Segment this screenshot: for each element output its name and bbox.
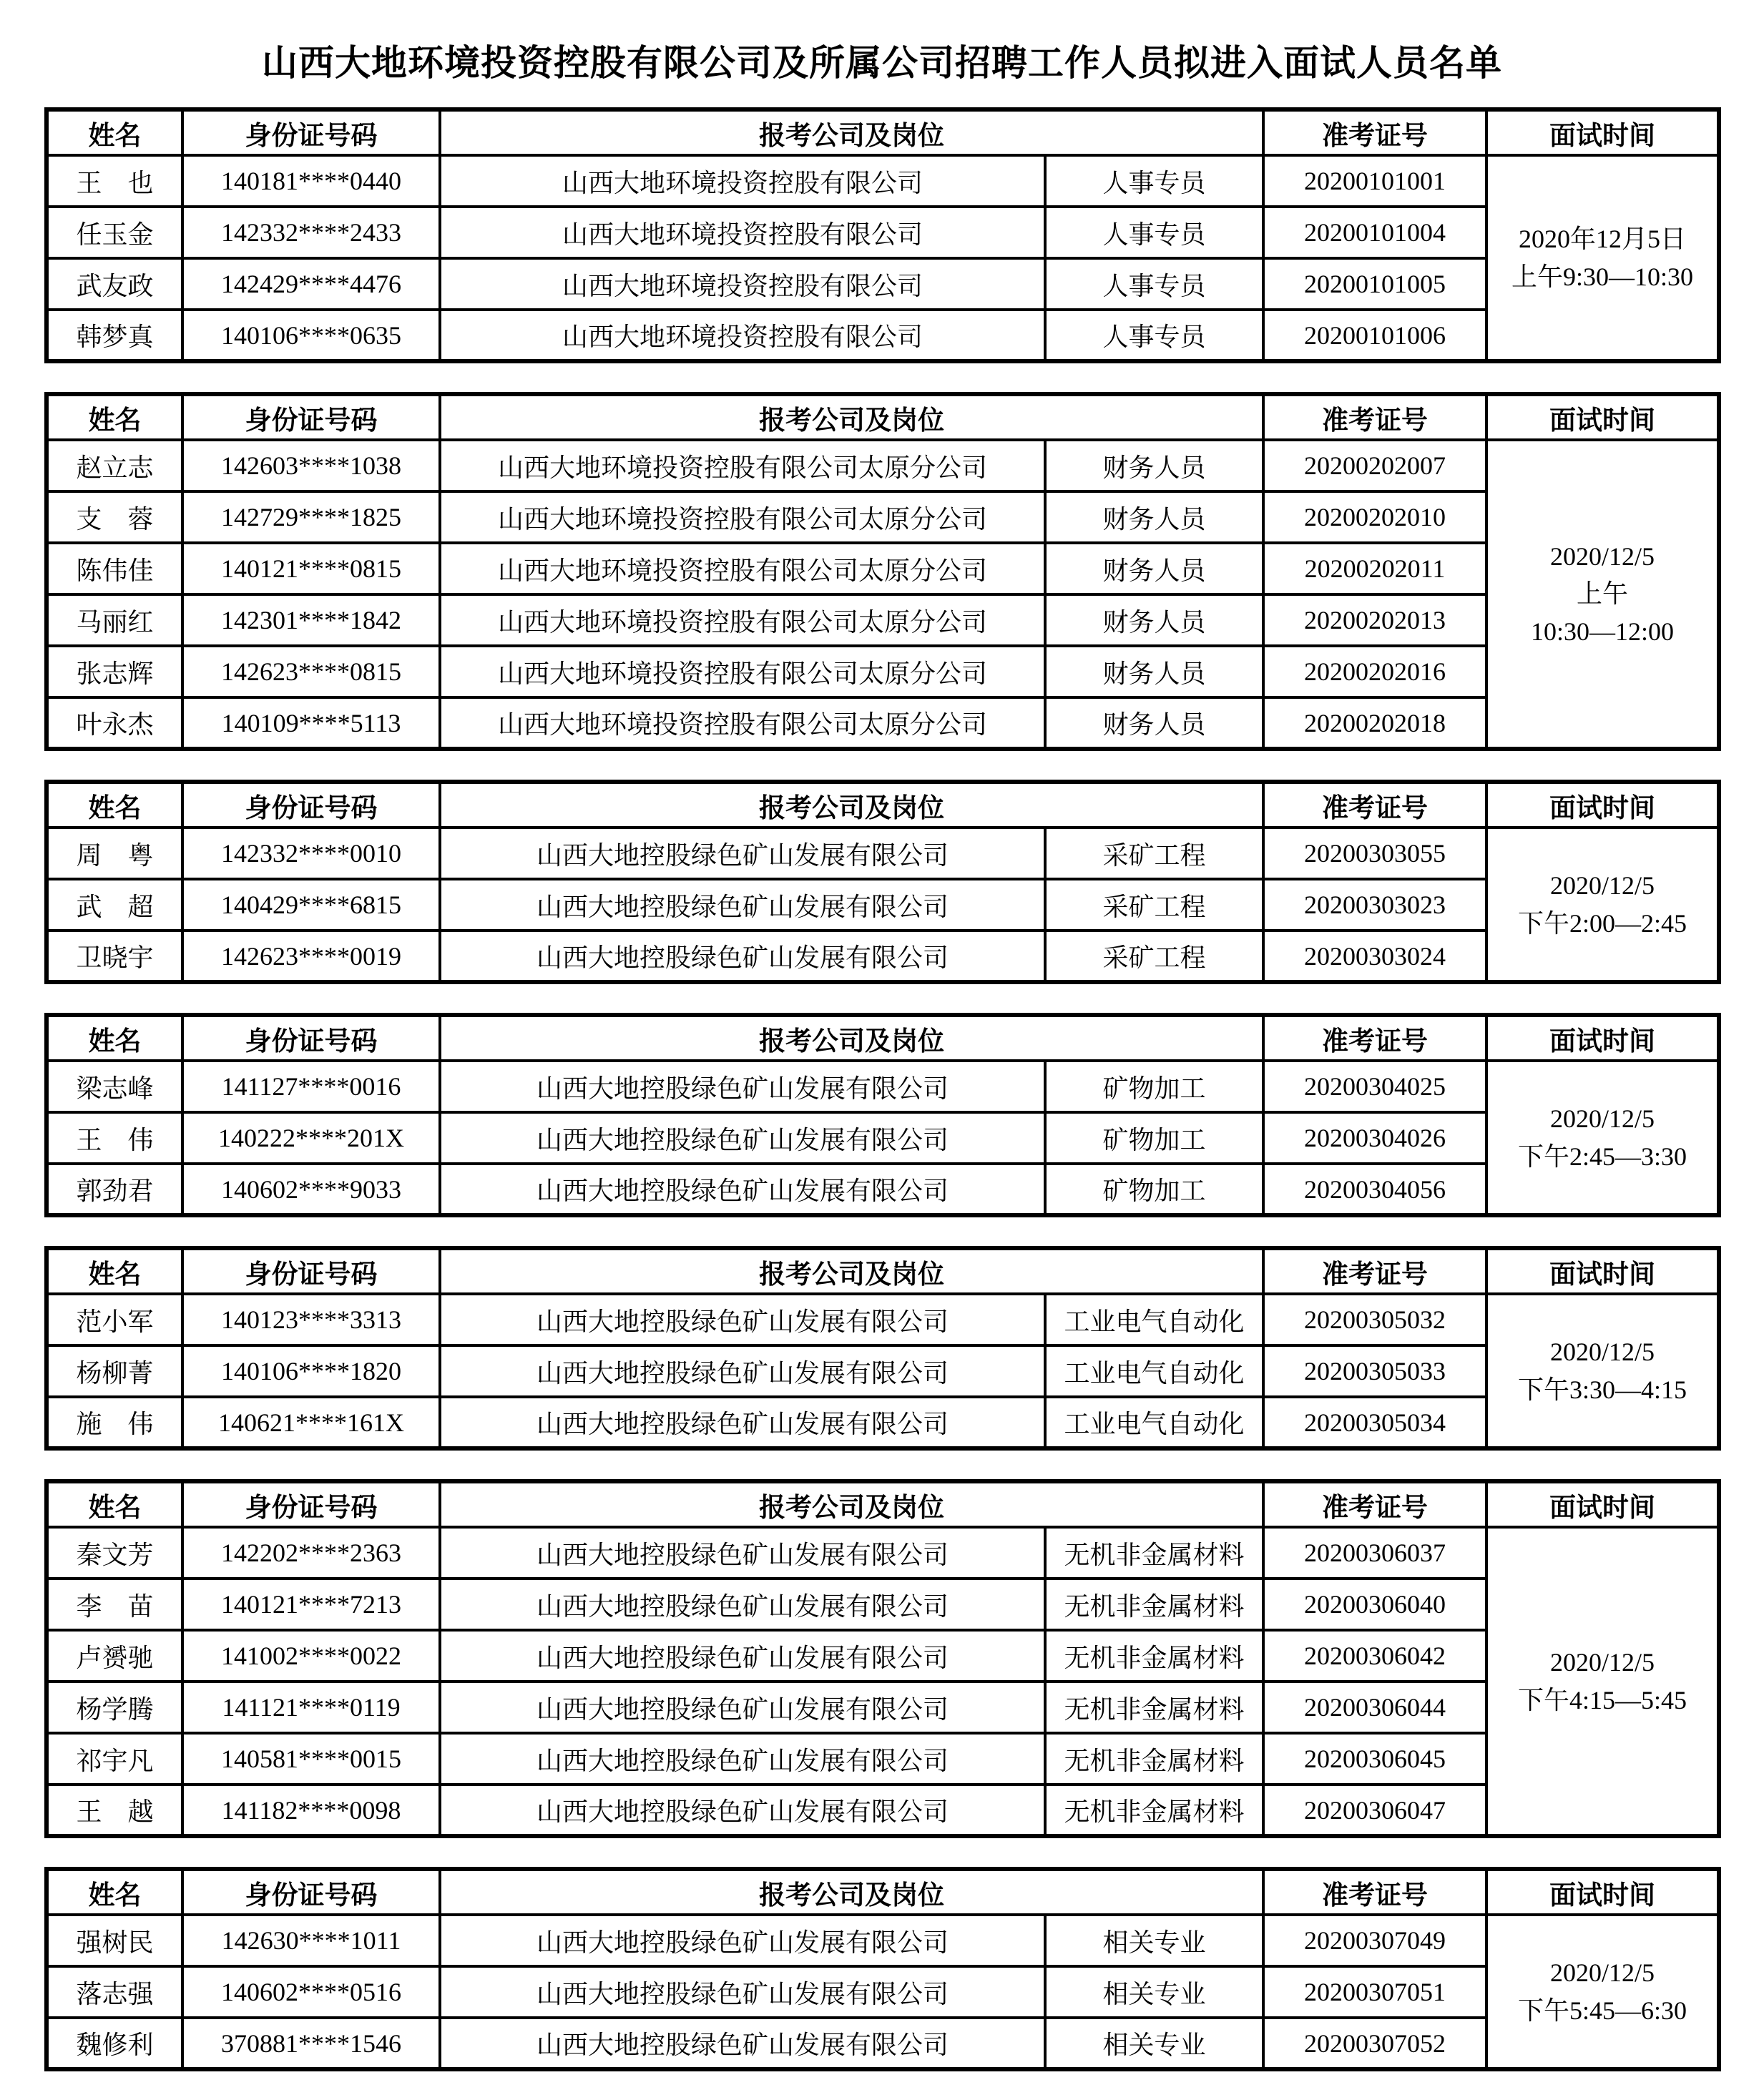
column-header-name: 姓名 [46,394,182,440]
company-cell: 山西大地控股绿色矿山发展有限公司 [440,1966,1045,2018]
id-number-cell: 140222****201X [182,1112,440,1164]
company-cell: 山西大地控股绿色矿山发展有限公司 [440,1527,1045,1579]
name-cell: 梁志峰 [46,1061,182,1112]
name-cell: 强树民 [46,1915,182,1966]
ticket-number-cell: 20200304026 [1263,1112,1486,1164]
company-cell: 山西大地控股绿色矿山发展有限公司 [440,1630,1045,1682]
position-cell: 财务人员 [1045,491,1263,543]
position-cell: 无机非金属材料 [1045,1579,1263,1630]
document-page: 山西大地环境投资控股有限公司及所属公司招聘工作人员拟进入面试人员名单 姓名 身份… [0,0,1764,2071]
company-cell: 山西大地环境投资控股有限公司 [440,310,1045,361]
ticket-number-cell: 20200307049 [1263,1915,1486,1966]
position-cell: 人事专员 [1045,258,1263,310]
table-row: 张志辉142623****0815山西大地环境投资控股有限公司太原分公司财务人员… [46,646,1719,697]
ticket-number-cell: 20200202011 [1263,543,1486,594]
table-row: 王 也140181****0440山西大地环境投资控股有限公司人事专员20200… [46,155,1719,207]
name-cell: 郭劲君 [46,1164,182,1215]
tables-container: 姓名 身份证号码 报考公司及岗位 准考证号 面试时间 王 也140181****… [44,107,1717,2071]
name-cell: 武友政 [46,258,182,310]
company-cell: 山西大地环境投资控股有限公司太原分公司 [440,594,1045,646]
ticket-number-cell: 20200101001 [1263,155,1486,207]
position-cell: 相关专业 [1045,2018,1263,2069]
company-cell: 山西大地控股绿色矿山发展有限公司 [440,1164,1045,1215]
name-cell: 李 苗 [46,1579,182,1630]
ticket-number-cell: 20200306044 [1263,1682,1486,1733]
id-number-cell: 141121****0119 [182,1682,440,1733]
name-cell: 韩梦真 [46,310,182,361]
company-cell: 山西大地控股绿色矿山发展有限公司 [440,1397,1045,1448]
company-cell: 山西大地控股绿色矿山发展有限公司 [440,879,1045,931]
table-row: 落志强140602****0516山西大地控股绿色矿山发展有限公司相关专业202… [46,1966,1719,2018]
column-header-interview-time: 面试时间 [1486,109,1719,155]
id-number-cell: 142630****1011 [182,1915,440,1966]
column-header-company-position: 报考公司及岗位 [440,109,1263,155]
ticket-number-cell: 20200306040 [1263,1579,1486,1630]
column-header-name: 姓名 [46,1481,182,1527]
company-cell: 山西大地环境投资控股有限公司太原分公司 [440,440,1045,491]
table-row: 武友政142429****4476山西大地环境投资控股有限公司人事专员20200… [46,258,1719,310]
ticket-number-cell: 20200101005 [1263,258,1486,310]
company-cell: 山西大地控股绿色矿山发展有限公司 [440,1294,1045,1345]
interview-time-cell: 2020/12/5 下午2:00—2:45 [1486,828,1719,982]
ticket-number-cell: 20200202010 [1263,491,1486,543]
table-row: 杨柳菁140106****1820山西大地控股绿色矿山发展有限公司工业电气自动化… [46,1345,1719,1397]
company-cell: 山西大地控股绿色矿山发展有限公司 [440,1061,1045,1112]
company-cell: 山西大地环境投资控股有限公司太原分公司 [440,543,1045,594]
id-number-cell: 142332****2433 [182,207,440,258]
position-cell: 无机非金属材料 [1045,1733,1263,1785]
company-cell: 山西大地控股绿色矿山发展有限公司 [440,1785,1045,1836]
company-cell: 山西大地环境投资控股有限公司太原分公司 [440,697,1045,749]
ticket-number-cell: 20200307051 [1263,1966,1486,2018]
name-cell: 武 超 [46,879,182,931]
name-cell: 王 越 [46,1785,182,1836]
table-row: 杨学腾141121****0119山西大地控股绿色矿山发展有限公司无机非金属材料… [46,1682,1719,1733]
column-header-company-position: 报考公司及岗位 [440,1015,1263,1061]
header-row: 姓名 身份证号码 报考公司及岗位 准考证号 面试时间 [46,1015,1719,1061]
position-cell: 财务人员 [1045,543,1263,594]
id-number-cell: 140106****1820 [182,1345,440,1397]
table-row: 卢赟驰141002****0022山西大地控股绿色矿山发展有限公司无机非金属材料… [46,1630,1719,1682]
ticket-number-cell: 20200304056 [1263,1164,1486,1215]
column-header-ticket-number: 准考证号 [1263,1481,1486,1527]
id-number-cell: 140602****9033 [182,1164,440,1215]
position-cell: 人事专员 [1045,155,1263,207]
name-cell: 叶永杰 [46,697,182,749]
name-cell: 杨柳菁 [46,1345,182,1397]
position-cell: 采矿工程 [1045,879,1263,931]
header-row: 姓名 身份证号码 报考公司及岗位 准考证号 面试时间 [46,1248,1719,1294]
table-row: 魏修利370881****1546山西大地控股绿色矿山发展有限公司相关专业202… [46,2018,1719,2069]
interview-time-cell: 2020/12/5 下午5:45—6:30 [1486,1915,1719,2069]
name-cell: 杨学腾 [46,1682,182,1733]
id-number-cell: 140123****3313 [182,1294,440,1345]
table-row: 王 越141182****0098山西大地控股绿色矿山发展有限公司无机非金属材料… [46,1785,1719,1836]
header-row: 姓名 身份证号码 报考公司及岗位 准考证号 面试时间 [46,109,1719,155]
id-number-cell: 140121****0815 [182,543,440,594]
id-number-cell: 142332****0010 [182,828,440,879]
table-row: 卫晓宇142623****0019山西大地控股绿色矿山发展有限公司采矿工程202… [46,931,1719,982]
table-row: 支 蓉142729****1825山西大地环境投资控股有限公司太原分公司财务人员… [46,491,1719,543]
id-number-cell: 140621****161X [182,1397,440,1448]
column-header-interview-time: 面试时间 [1486,1869,1719,1915]
interview-time-cell: 2020/12/5 下午2:45—3:30 [1486,1061,1719,1215]
id-number-cell: 370881****1546 [182,2018,440,2069]
column-header-interview-time: 面试时间 [1486,1248,1719,1294]
position-cell: 财务人员 [1045,440,1263,491]
table-row: 马丽红142301****1842山西大地环境投资控股有限公司太原分公司财务人员… [46,594,1719,646]
header-row: 姓名 身份证号码 报考公司及岗位 准考证号 面试时间 [46,394,1719,440]
table-row: 祁宇凡140581****0015山西大地控股绿色矿山发展有限公司无机非金属材料… [46,1733,1719,1785]
column-header-ticket-number: 准考证号 [1263,1869,1486,1915]
company-cell: 山西大地环境投资控股有限公司 [440,258,1045,310]
id-number-cell: 141182****0098 [182,1785,440,1836]
column-header-id-number: 身份证号码 [182,782,440,828]
company-cell: 山西大地环境投资控股有限公司 [440,155,1045,207]
column-header-interview-time: 面试时间 [1486,782,1719,828]
table-row: 王 伟140222****201X山西大地控股绿色矿山发展有限公司矿物加工202… [46,1112,1719,1164]
company-cell: 山西大地控股绿色矿山发展有限公司 [440,828,1045,879]
roster-table: 姓名 身份证号码 报考公司及岗位 准考证号 面试时间 王 也140181****… [44,107,1721,363]
company-cell: 山西大地控股绿色矿山发展有限公司 [440,931,1045,982]
column-header-id-number: 身份证号码 [182,109,440,155]
position-cell: 相关专业 [1045,1966,1263,2018]
name-cell: 赵立志 [46,440,182,491]
roster-table: 姓名 身份证号码 报考公司及岗位 准考证号 面试时间 强树民142630****… [44,1867,1721,2071]
position-cell: 矿物加工 [1045,1164,1263,1215]
name-cell: 马丽红 [46,594,182,646]
column-header-id-number: 身份证号码 [182,1481,440,1527]
column-header-name: 姓名 [46,109,182,155]
table-row: 韩梦真140106****0635山西大地环境投资控股有限公司人事专员20200… [46,310,1719,361]
name-cell: 陈伟佳 [46,543,182,594]
company-cell: 山西大地控股绿色矿山发展有限公司 [440,1112,1045,1164]
table-row: 秦文芳142202****2363山西大地控股绿色矿山发展有限公司无机非金属材料… [46,1527,1719,1579]
column-header-ticket-number: 准考证号 [1263,782,1486,828]
id-number-cell: 142603****1038 [182,440,440,491]
ticket-number-cell: 20200306042 [1263,1630,1486,1682]
id-number-cell: 140109****5113 [182,697,440,749]
id-number-cell: 140602****0516 [182,1966,440,2018]
id-number-cell: 140121****7213 [182,1579,440,1630]
position-cell: 矿物加工 [1045,1112,1263,1164]
position-cell: 工业电气自动化 [1045,1294,1263,1345]
column-header-company-position: 报考公司及岗位 [440,394,1263,440]
name-cell: 支 蓉 [46,491,182,543]
column-header-name: 姓名 [46,1015,182,1061]
name-cell: 祁宇凡 [46,1733,182,1785]
column-header-company-position: 报考公司及岗位 [440,1248,1263,1294]
column-header-ticket-number: 准考证号 [1263,394,1486,440]
ticket-number-cell: 20200303023 [1263,879,1486,931]
id-number-cell: 142301****1842 [182,594,440,646]
column-header-name: 姓名 [46,1869,182,1915]
position-cell: 采矿工程 [1045,828,1263,879]
ticket-number-cell: 20200306047 [1263,1785,1486,1836]
name-cell: 秦文芳 [46,1527,182,1579]
name-cell: 王 伟 [46,1112,182,1164]
position-cell: 财务人员 [1045,646,1263,697]
name-cell: 魏修利 [46,2018,182,2069]
ticket-number-cell: 20200307052 [1263,2018,1486,2069]
position-cell: 工业电气自动化 [1045,1345,1263,1397]
ticket-number-cell: 20200306045 [1263,1733,1486,1785]
name-cell: 卫晓宇 [46,931,182,982]
column-header-id-number: 身份证号码 [182,1869,440,1915]
column-header-interview-time: 面试时间 [1486,394,1719,440]
column-header-name: 姓名 [46,782,182,828]
position-cell: 矿物加工 [1045,1061,1263,1112]
company-cell: 山西大地控股绿色矿山发展有限公司 [440,1733,1045,1785]
id-number-cell: 140581****0015 [182,1733,440,1785]
position-cell: 无机非金属材料 [1045,1682,1263,1733]
id-number-cell: 140106****0635 [182,310,440,361]
table-row: 周 粤142332****0010山西大地控股绿色矿山发展有限公司采矿工程202… [46,828,1719,879]
position-cell: 无机非金属材料 [1045,1785,1263,1836]
ticket-number-cell: 20200304025 [1263,1061,1486,1112]
page-title: 山西大地环境投资控股有限公司及所属公司招聘工作人员拟进入面试人员名单 [0,34,1764,86]
position-cell: 无机非金属材料 [1045,1630,1263,1682]
id-number-cell: 142202****2363 [182,1527,440,1579]
column-header-id-number: 身份证号码 [182,1015,440,1061]
table-row: 任玉金142332****2433山西大地环境投资控股有限公司人事专员20200… [46,207,1719,258]
position-cell: 采矿工程 [1045,931,1263,982]
column-header-name: 姓名 [46,1248,182,1294]
name-cell: 范小军 [46,1294,182,1345]
name-cell: 任玉金 [46,207,182,258]
company-cell: 山西大地环境投资控股有限公司 [440,207,1045,258]
table-row: 范小军140123****3313山西大地控股绿色矿山发展有限公司工业电气自动化… [46,1294,1719,1345]
position-cell: 相关专业 [1045,1915,1263,1966]
id-number-cell: 140181****0440 [182,155,440,207]
column-header-company-position: 报考公司及岗位 [440,1869,1263,1915]
ticket-number-cell: 20200305032 [1263,1294,1486,1345]
column-header-ticket-number: 准考证号 [1263,109,1486,155]
roster-table: 姓名 身份证号码 报考公司及岗位 准考证号 面试时间 范小军140123****… [44,1246,1721,1451]
interview-time-cell: 2020/12/5 下午3:30—4:15 [1486,1294,1719,1448]
name-cell: 张志辉 [46,646,182,697]
ticket-number-cell: 20200305034 [1263,1397,1486,1448]
roster-table: 姓名 身份证号码 报考公司及岗位 准考证号 面试时间 周 粤142332****… [44,780,1721,984]
ticket-number-cell: 20200303055 [1263,828,1486,879]
ticket-number-cell: 20200202007 [1263,440,1486,491]
table-row: 陈伟佳140121****0815山西大地环境投资控股有限公司太原分公司财务人员… [46,543,1719,594]
company-cell: 山西大地控股绿色矿山发展有限公司 [440,2018,1045,2069]
table-row: 郭劲君140602****9033山西大地控股绿色矿山发展有限公司矿物加工202… [46,1164,1719,1215]
header-row: 姓名 身份证号码 报考公司及岗位 准考证号 面试时间 [46,1869,1719,1915]
ticket-number-cell: 20200303024 [1263,931,1486,982]
name-cell: 卢赟驰 [46,1630,182,1682]
header-row: 姓名 身份证号码 报考公司及岗位 准考证号 面试时间 [46,782,1719,828]
name-cell: 王 也 [46,155,182,207]
roster-table: 姓名 身份证号码 报考公司及岗位 准考证号 面试时间 赵立志142603****… [44,392,1721,751]
table-row: 叶永杰140109****5113山西大地环境投资控股有限公司太原分公司财务人员… [46,697,1719,749]
company-cell: 山西大地环境投资控股有限公司太原分公司 [440,646,1045,697]
id-number-cell: 142429****4476 [182,258,440,310]
table-row: 强树民142630****1011山西大地控股绿色矿山发展有限公司相关专业202… [46,1915,1719,1966]
column-header-interview-time: 面试时间 [1486,1015,1719,1061]
column-header-ticket-number: 准考证号 [1263,1248,1486,1294]
table-row: 武 超140429****6815山西大地控股绿色矿山发展有限公司采矿工程202… [46,879,1719,931]
ticket-number-cell: 20200101004 [1263,207,1486,258]
position-cell: 无机非金属材料 [1045,1527,1263,1579]
position-cell: 人事专员 [1045,207,1263,258]
name-cell: 落志强 [46,1966,182,2018]
id-number-cell: 142623****0815 [182,646,440,697]
id-number-cell: 141002****0022 [182,1630,440,1682]
ticket-number-cell: 20200305033 [1263,1345,1486,1397]
company-cell: 山西大地环境投资控股有限公司太原分公司 [440,491,1045,543]
position-cell: 人事专员 [1045,310,1263,361]
table-row: 梁志峰141127****0016山西大地控股绿色矿山发展有限公司矿物加工202… [46,1061,1719,1112]
company-cell: 山西大地控股绿色矿山发展有限公司 [440,1682,1045,1733]
roster-table: 姓名 身份证号码 报考公司及岗位 准考证号 面试时间 秦文芳142202****… [44,1479,1721,1838]
roster-table: 姓名 身份证号码 报考公司及岗位 准考证号 面试时间 梁志峰141127****… [44,1013,1721,1217]
table-row: 李 苗140121****7213山西大地控股绿色矿山发展有限公司无机非金属材料… [46,1579,1719,1630]
id-number-cell: 142623****0019 [182,931,440,982]
header-row: 姓名 身份证号码 报考公司及岗位 准考证号 面试时间 [46,1481,1719,1527]
ticket-number-cell: 20200202018 [1263,697,1486,749]
column-header-ticket-number: 准考证号 [1263,1015,1486,1061]
table-row: 赵立志142603****1038山西大地环境投资控股有限公司太原分公司财务人员… [46,440,1719,491]
ticket-number-cell: 20200306037 [1263,1527,1486,1579]
table-row: 施 伟140621****161X山西大地控股绿色矿山发展有限公司工业电气自动化… [46,1397,1719,1448]
interview-time-cell: 2020年12月5日 上午9:30—10:30 [1486,155,1719,361]
interview-time-cell: 2020/12/5 上午 10:30—12:00 [1486,440,1719,749]
id-number-cell: 140429****6815 [182,879,440,931]
company-cell: 山西大地控股绿色矿山发展有限公司 [440,1915,1045,1966]
company-cell: 山西大地控股绿色矿山发展有限公司 [440,1345,1045,1397]
name-cell: 周 粤 [46,828,182,879]
position-cell: 工业电气自动化 [1045,1397,1263,1448]
column-header-company-position: 报考公司及岗位 [440,782,1263,828]
ticket-number-cell: 20200202013 [1263,594,1486,646]
column-header-company-position: 报考公司及岗位 [440,1481,1263,1527]
interview-time-cell: 2020/12/5 下午4:15—5:45 [1486,1527,1719,1836]
id-number-cell: 141127****0016 [182,1061,440,1112]
id-number-cell: 142729****1825 [182,491,440,543]
column-header-id-number: 身份证号码 [182,394,440,440]
position-cell: 财务人员 [1045,697,1263,749]
ticket-number-cell: 20200202016 [1263,646,1486,697]
ticket-number-cell: 20200101006 [1263,310,1486,361]
column-header-interview-time: 面试时间 [1486,1481,1719,1527]
position-cell: 财务人员 [1045,594,1263,646]
company-cell: 山西大地控股绿色矿山发展有限公司 [440,1579,1045,1630]
name-cell: 施 伟 [46,1397,182,1448]
column-header-id-number: 身份证号码 [182,1248,440,1294]
